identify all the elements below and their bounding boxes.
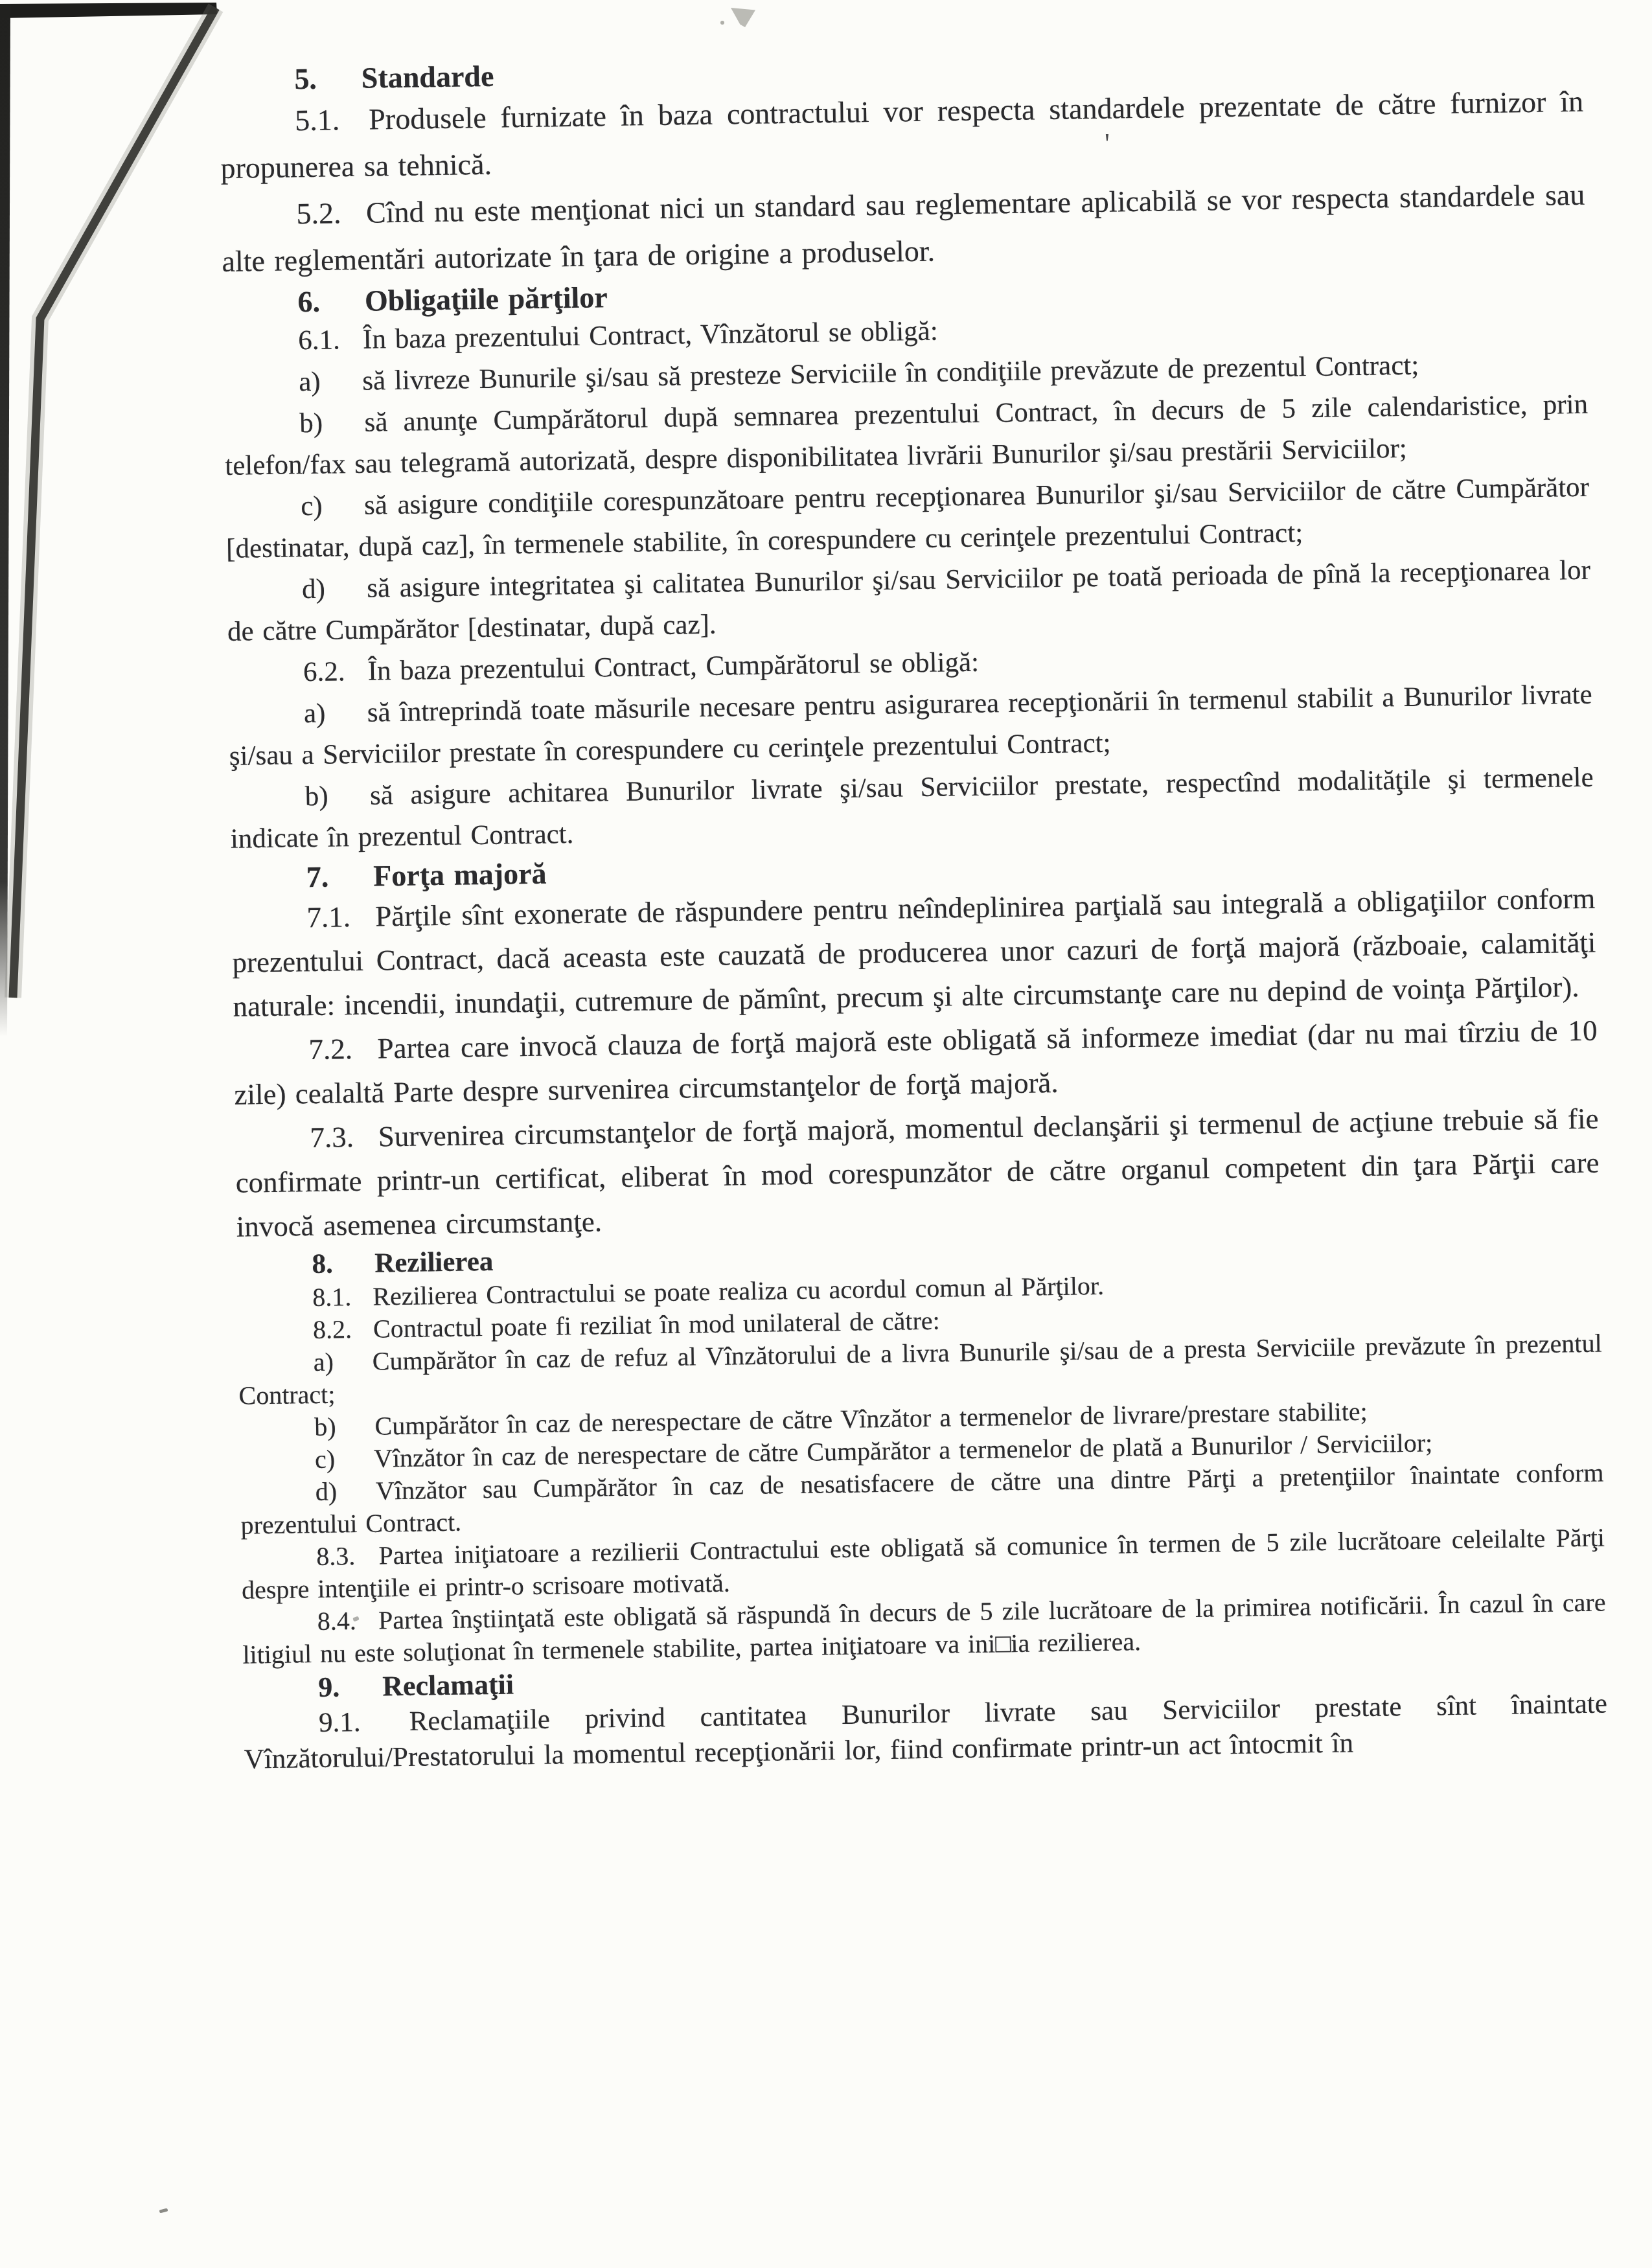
page-edge-shadow bbox=[13, 8, 216, 998]
contract-text-block: 5. Standarde 5.1. Produsele furnizate în… bbox=[219, 42, 1608, 1778]
ink-speck bbox=[159, 2208, 168, 2214]
page-edge-line bbox=[13, 8, 216, 998]
section-7-forta-majora: 7.1. Părţile sînt exonerate de răspunder… bbox=[231, 876, 1600, 1249]
scan-smudge-icon bbox=[731, 8, 755, 27]
section-6-obligatiile-partilor: 6.1. În baza prezentului Contract, Vînză… bbox=[223, 301, 1594, 860]
scan-top-strip bbox=[0, 3, 217, 18]
para-7-1: 7.1. Părţile sînt exonerate de răspunder… bbox=[231, 876, 1597, 1029]
section-8-rezilierea: 8.1. Rezilierea Contractului se poate re… bbox=[237, 1263, 1607, 1671]
scan-left-strip bbox=[0, 4, 10, 1037]
scan-smudge-dot bbox=[720, 21, 724, 25]
section-5-standarde: 5.1. Produsele furnizate în baza contrac… bbox=[220, 78, 1586, 285]
para-7-3: 7.3. Survenirea circumstanţelor de forţă… bbox=[235, 1097, 1600, 1249]
scanned-contract-page: ' 5. Standarde 5.1. Produsele furnizate … bbox=[0, 0, 1652, 2268]
